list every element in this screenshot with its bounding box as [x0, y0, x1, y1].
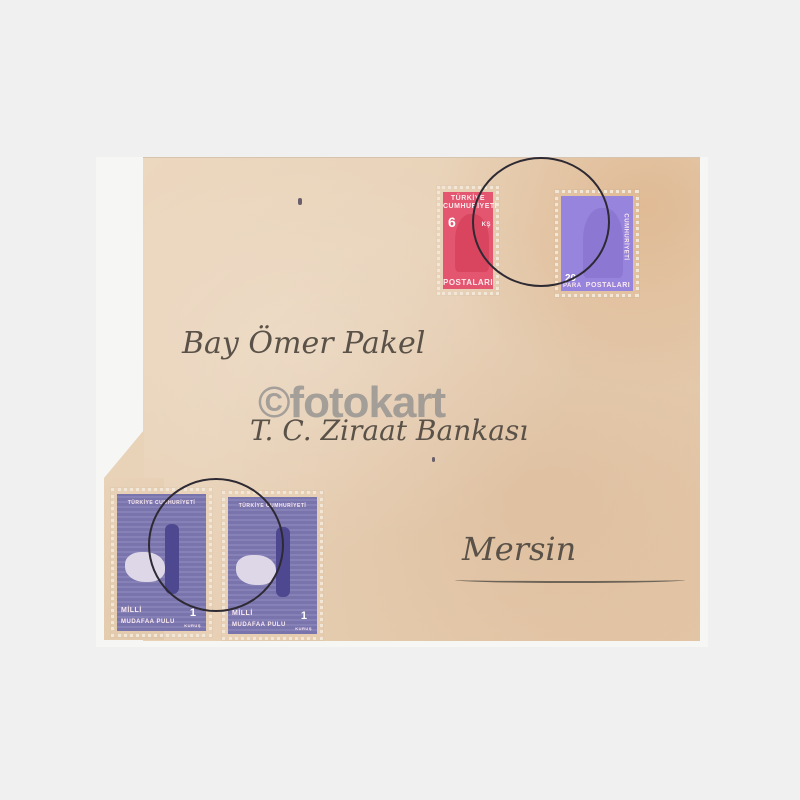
envelope-notch	[104, 430, 144, 478]
stamp-milli: MİLLİ	[121, 607, 142, 614]
postmark-bottom	[148, 478, 284, 612]
stamp-currency: PARA	[563, 283, 582, 289]
stamp-mudafaa: MUDAFAA PULU	[232, 622, 286, 628]
stamp-value: 6	[448, 214, 456, 230]
stamp-milli: MİLLİ	[232, 610, 253, 617]
stamp-mudafaa: MUDAFAA PULU	[121, 619, 175, 625]
address-line-name: Bay Ömer Pakel	[182, 326, 425, 361]
ink-spot	[298, 198, 302, 205]
stamp-postal-label: POSTALARI	[443, 278, 493, 287]
ink-spot	[432, 457, 435, 462]
stamp-currency: KURUŞ	[295, 626, 312, 631]
stamp-currency: KURUŞ	[184, 623, 201, 628]
stamp-value: 1	[301, 610, 307, 622]
postmark-top	[472, 157, 610, 287]
address-line-city: Mersin	[462, 530, 576, 568]
fotokart-watermark: ©fotokart	[258, 378, 445, 428]
stamp-republic: CUMHURİYETİ	[622, 213, 628, 260]
stamp-postal-label: POSTALARI	[585, 282, 631, 289]
address-underline	[455, 577, 685, 583]
